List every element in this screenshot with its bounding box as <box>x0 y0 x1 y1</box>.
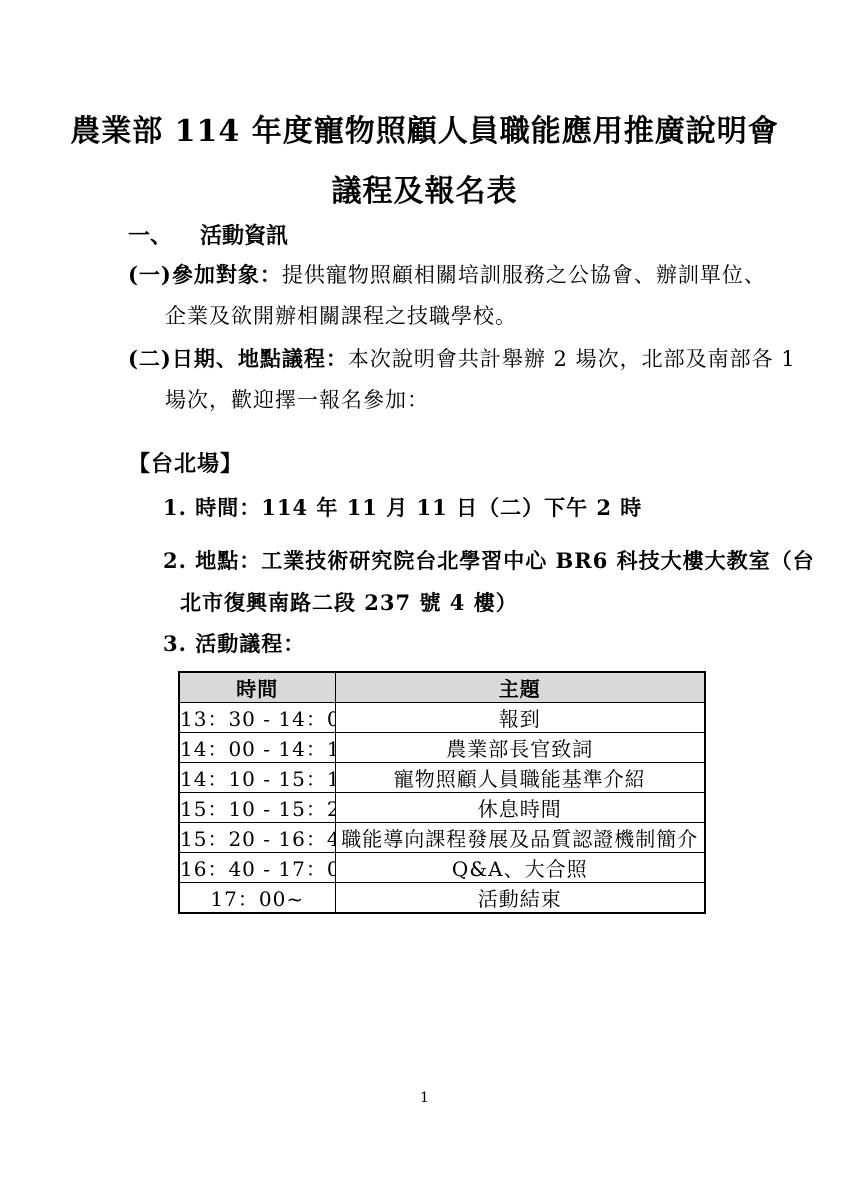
agenda-cell-time: 15：20 - 16：40 <box>179 823 335 853</box>
agenda-table-container: 時間 主題 13：30 - 14：00 報到 14：00 - 14：10 農業部… <box>178 671 706 914</box>
schedule-info-line-2: 場次，歡迎擇一報名參加： <box>165 390 429 411</box>
participants-label: (一)參加對象： <box>128 262 282 287</box>
agenda-cell-time: 14：10 - 15：10 <box>179 763 335 793</box>
agenda-cell-time: 17：00~ <box>179 883 335 914</box>
agenda-header-time: 時間 <box>179 672 335 703</box>
agenda-cell-topic: 報到 <box>335 703 705 733</box>
agenda-cell-topic: 職能導向課程發展及品質認證機制簡介 <box>335 823 705 853</box>
participants-line-1: (一)參加對象：提供寵物照顧相關培訓服務之公協會、辦訓單位、 <box>128 264 766 286</box>
document-title-line-2: 議程及報名表 <box>0 166 849 210</box>
agenda-header-topic: 主題 <box>335 672 705 703</box>
taipei-item-location-line-2: 北市復興南路二段 237 號 4 樓） <box>180 592 518 613</box>
agenda-cell-topic: Q&A、大合照 <box>335 853 705 883</box>
agenda-row: 17：00~ 活動結束 <box>179 883 705 914</box>
agenda-cell-time: 14：00 - 14：10 <box>179 733 335 763</box>
section-title: 活動資訊 <box>200 223 288 249</box>
agenda-cell-topic: 農業部長官致詞 <box>335 733 705 763</box>
agenda-row: 13：30 - 14：00 報到 <box>179 703 705 733</box>
agenda-header-row: 時間 主題 <box>179 672 705 703</box>
agenda-row: 15：20 - 16：40 職能導向課程發展及品質認證機制簡介 <box>179 823 705 853</box>
agenda-cell-time: 13：30 - 14：00 <box>179 703 335 733</box>
venue-heading-taipei: 【台北場】 <box>128 447 243 478</box>
document-page: 農業部 114 年度寵物照顧人員職能應用推廣說明會 議程及報名表 一、活動資訊 … <box>0 0 849 1200</box>
page-number: 1 <box>0 1090 849 1106</box>
document-title-line-1: 農業部 114 年度寵物照顧人員職能應用推廣說明會 <box>0 106 849 150</box>
agenda-cell-topic: 休息時間 <box>335 793 705 823</box>
agenda-row: 15：10 - 15：20 休息時間 <box>179 793 705 823</box>
taipei-item-agenda-label: 3. 活動議程： <box>163 633 305 654</box>
section-number: 一、 <box>128 223 172 249</box>
participants-line-2: 企業及欲開辦相關課程之技職學校。 <box>165 306 517 327</box>
agenda-cell-topic: 活動結束 <box>335 883 705 914</box>
agenda-cell-topic: 寵物照顧人員職能基準介紹 <box>335 763 705 793</box>
taipei-item-time: 1. 時間：114 年 11 月 11 日（二）下午 2 時 <box>163 497 642 518</box>
taipei-item-location-line-1: 2. 地點：工業技術研究院台北學習中心 BR6 科技大樓大教室（台 <box>163 550 815 571</box>
schedule-info-text-2: 場次，歡迎擇一報名參加： <box>165 388 429 412</box>
schedule-info-text-1: 本次說明會共計舉辦 2 場次，北部及南部各 1 <box>348 347 796 371</box>
schedule-info-label: (二)日期、地點議程： <box>128 346 348 371</box>
agenda-table: 時間 主題 13：30 - 14：00 報到 14：00 - 14：10 農業部… <box>178 671 706 914</box>
participants-text-1: 提供寵物照顧相關培訓服務之公協會、辦訓單位、 <box>282 263 766 287</box>
participants-text-2: 企業及欲開辦相關課程之技職學校。 <box>165 304 517 328</box>
agenda-cell-time: 16：40 - 17：00 <box>179 853 335 883</box>
agenda-row: 14：00 - 14：10 農業部長官致詞 <box>179 733 705 763</box>
schedule-info-line-1: (二)日期、地點議程：本次說明會共計舉辦 2 場次，北部及南部各 1 <box>128 348 796 370</box>
section-heading-activity-info: 一、活動資訊 <box>128 219 288 250</box>
agenda-cell-time: 15：10 - 15：20 <box>179 793 335 823</box>
agenda-row: 16：40 - 17：00 Q&A、大合照 <box>179 853 705 883</box>
agenda-row: 14：10 - 15：10 寵物照顧人員職能基準介紹 <box>179 763 705 793</box>
